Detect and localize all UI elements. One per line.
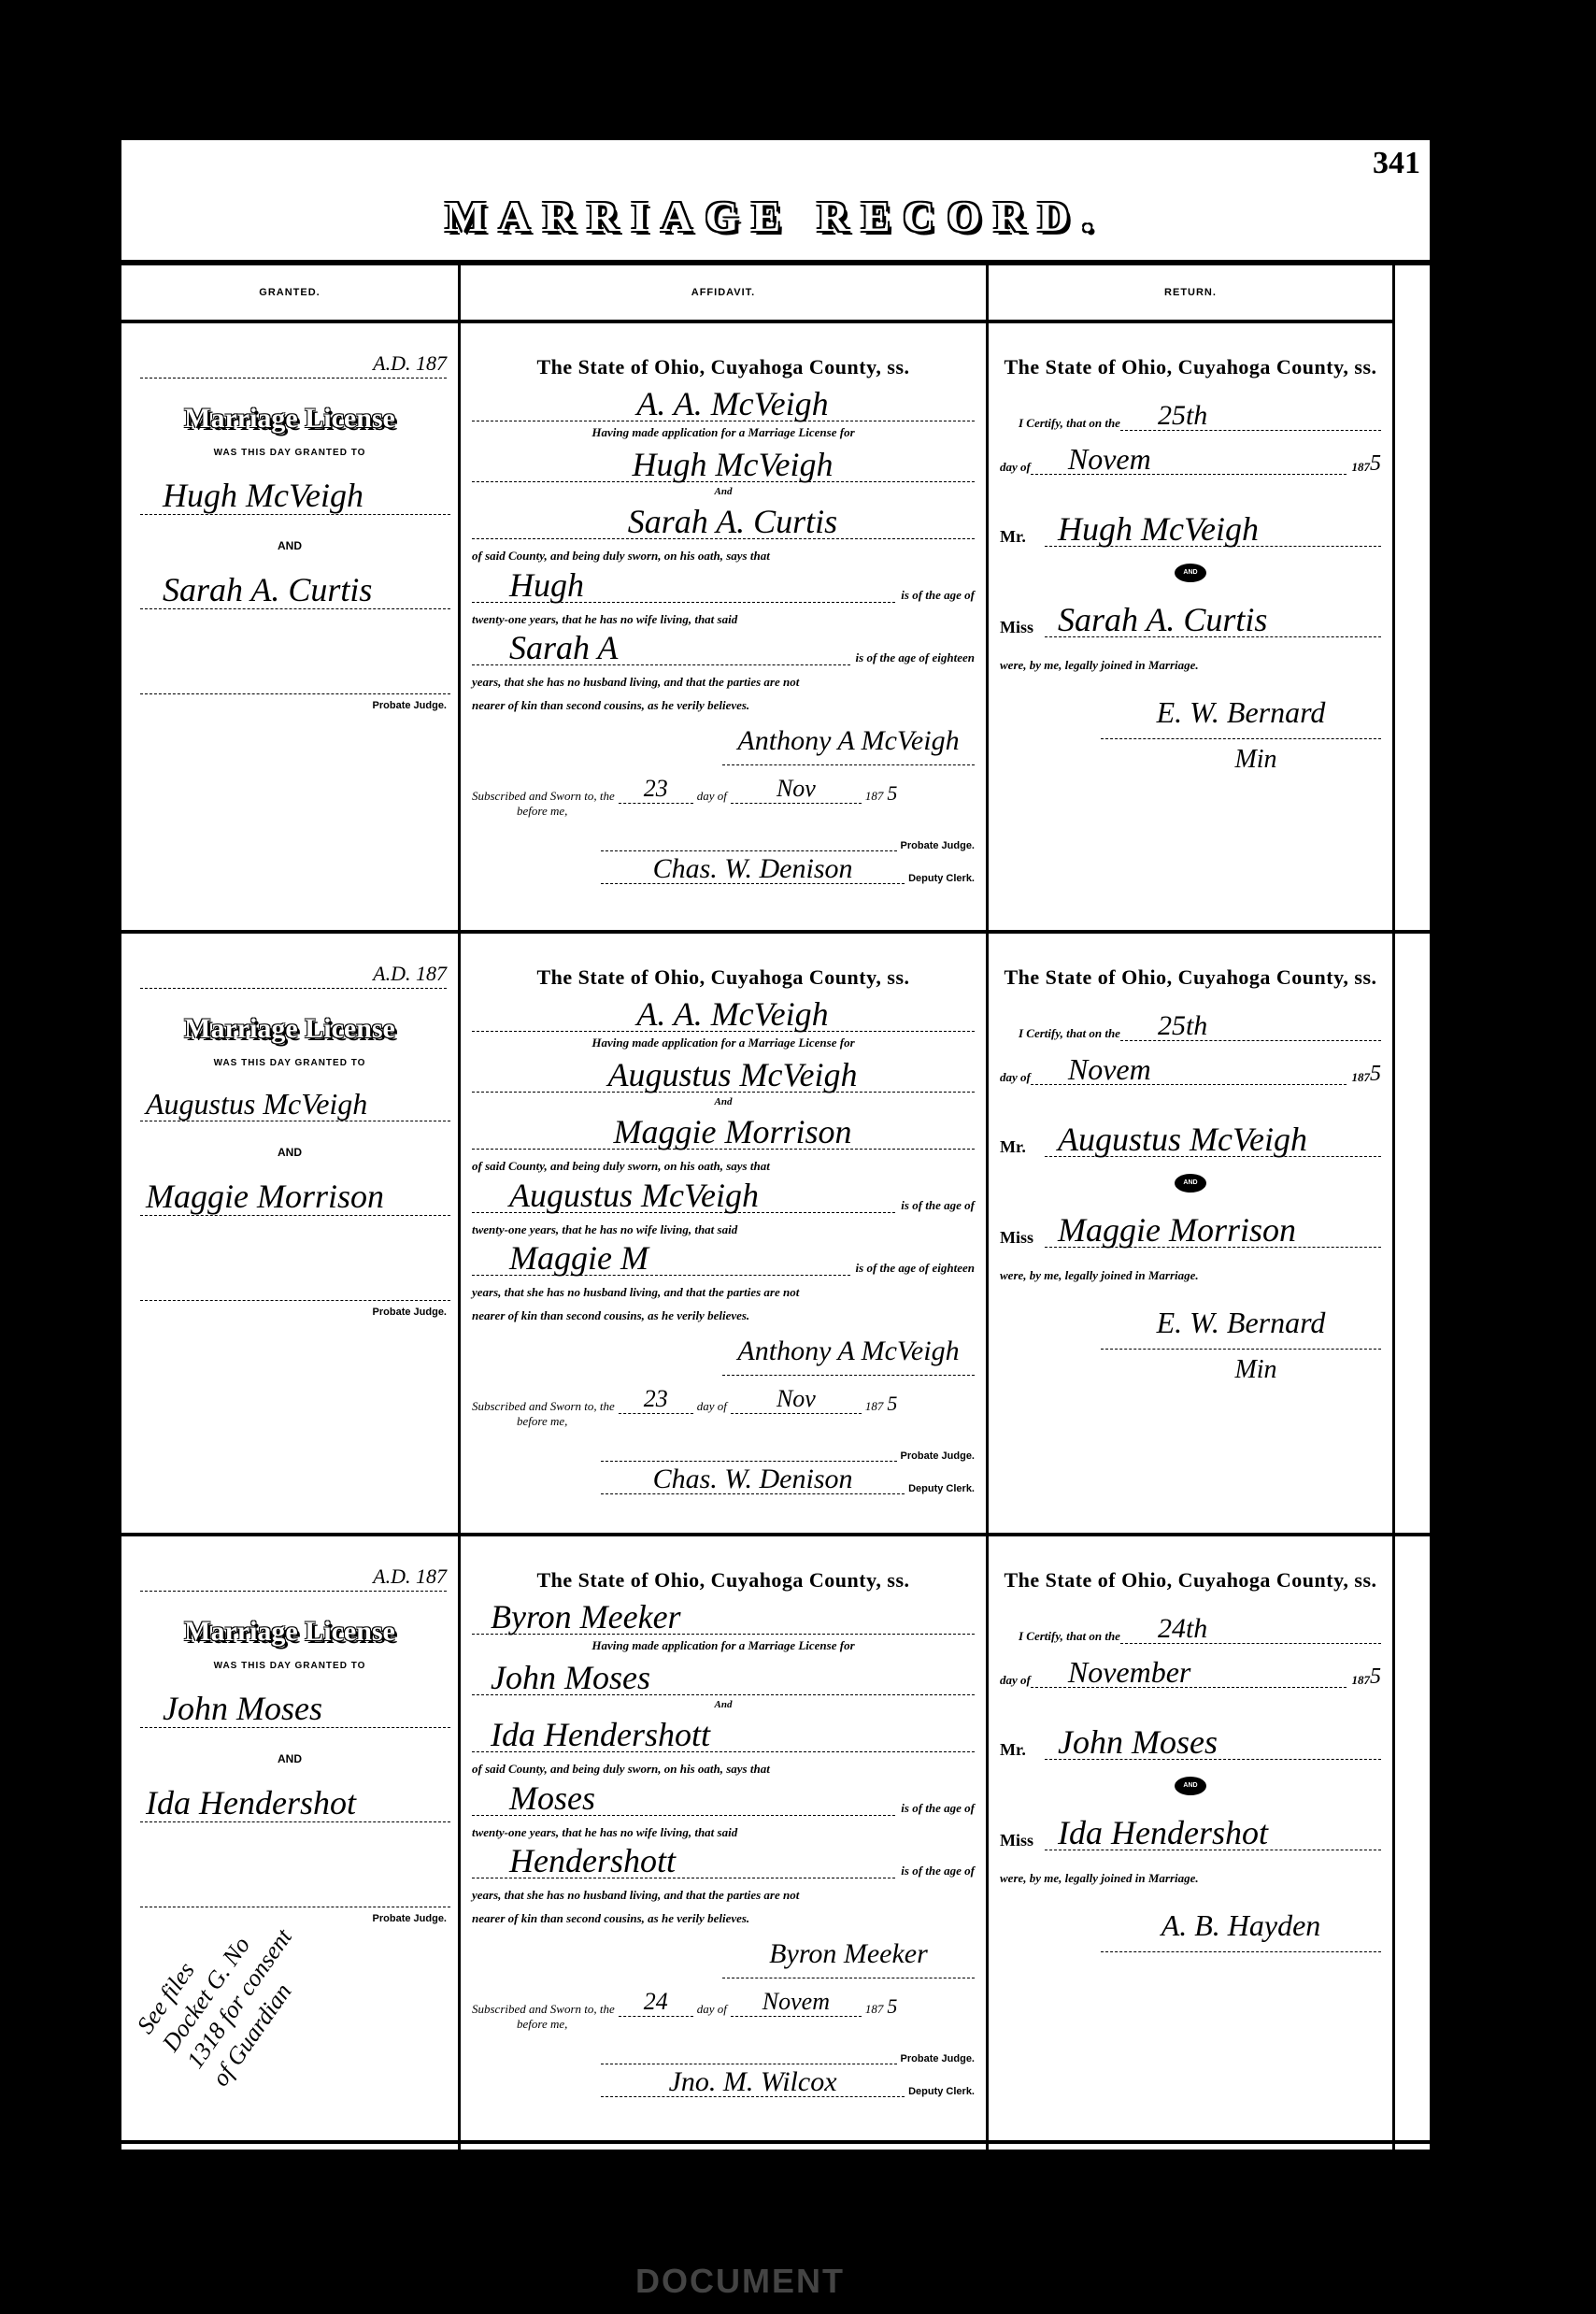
record-3-return: The State of Ohio, Cuyahoga County, ss. … (989, 1536, 1392, 2140)
sworn-day: 23 (619, 775, 693, 804)
application-text: Having made application for a Marriage L… (461, 1638, 986, 1653)
sworn-label: Subscribed and Sworn to, the (472, 789, 615, 804)
oath-text: years, that she has no husband living, a… (472, 1281, 975, 1305)
and-seal-icon: AND (1175, 1777, 1206, 1795)
miss-label: Miss (1000, 1228, 1045, 1248)
license-title: Marriage License (121, 1616, 458, 1648)
document-stamp: DOCUMENT (635, 2262, 822, 2314)
probate-judge-label: Probate Judge. (121, 1913, 447, 1924)
record-3-granted: A.D. 187 Marriage License WAS THIS DAY G… (121, 1536, 458, 2140)
probate-judge-label: Probate Judge. (897, 840, 975, 851)
certify-label: I Certify, that on the (1000, 1026, 1120, 1041)
bride-short-name: Sarah A (472, 631, 850, 665)
deputy-clerk-label: Deputy Clerk. (905, 1483, 975, 1494)
row-divider (121, 2140, 1430, 2144)
oath-text: twenty-one years, that he has no wife li… (472, 1821, 975, 1845)
groom-name: Hugh McVeigh (140, 471, 450, 515)
and-seal-icon: AND (1175, 1174, 1206, 1193)
mr-label: Mr. (1000, 527, 1045, 547)
sworn-line: Subscribed and Sworn to, the 24 day of N… (472, 1988, 975, 2017)
day-of-label: day of (697, 1399, 727, 1414)
bride-short-name: Maggie M (472, 1241, 850, 1276)
groom-short-name: Augustus McVeigh (472, 1178, 895, 1213)
state-heading: The State of Ohio, Cuyahoga County, ss. (461, 965, 986, 990)
affiant-signature: Byron Meeker (722, 1940, 975, 1978)
sworn-day: 23 (619, 1385, 693, 1414)
return-groom-name: John Moses (1045, 1725, 1381, 1760)
return-groom-name: Hugh McVeigh (1045, 512, 1381, 547)
and-seal-icon: AND (1175, 564, 1206, 582)
age-text: is of the age of (895, 588, 975, 603)
deputy-clerk-label: Deputy Clerk. (905, 873, 975, 884)
miss-label: Miss (1000, 1831, 1045, 1850)
bride-short-name: Hendershott (472, 1844, 895, 1878)
year-prefix: 187 (1347, 460, 1371, 475)
before-me-label: before me, (517, 2017, 986, 2032)
day-of-label: day of (1000, 460, 1031, 475)
groom-short-name: Moses (472, 1781, 895, 1816)
page-number: 341 (1373, 146, 1420, 181)
record-page: 341 MARRIAGE RECORD. GRANTED. AFFIDAVIT.… (121, 140, 1430, 2150)
oath-text: of said County, and being duly sworn, on… (472, 1758, 975, 1781)
year-prefix: 187 (865, 1399, 884, 1414)
sworn-month: Novem (731, 1988, 862, 2017)
year-prefix: 187 (1347, 1070, 1371, 1085)
return-bride-name: Maggie Morrison (1045, 1213, 1381, 1248)
state-heading: The State of Ohio, Cuyahoga County, ss. (461, 1568, 986, 1593)
joined-text: were, by me, legally joined in Marriage. (1000, 1268, 1381, 1283)
oath-text: years, that she has no husband living, a… (472, 671, 975, 694)
groom-name: Hugh McVeigh (472, 446, 975, 482)
mr-label: Mr. (1000, 1740, 1045, 1760)
day-of-label: day of (1000, 1070, 1031, 1085)
affiant-signature: Anthony A McVeigh (722, 1337, 975, 1376)
return-year-suffix: 5 (1370, 1063, 1381, 1085)
sworn-label: Subscribed and Sworn to, the (472, 2002, 615, 2017)
groom-name: Augustus McVeigh (140, 1081, 450, 1121)
bride-name: Ida Hendershott (472, 1716, 975, 1752)
officiant-title: Min (1119, 1357, 1392, 1383)
record-2-return: The State of Ohio, Cuyahoga County, ss. … (989, 934, 1392, 1533)
day-of-label: day of (697, 789, 727, 804)
oath-text: years, that she has no husband living, a… (472, 1884, 975, 1907)
return-day: 25th (1120, 1012, 1381, 1041)
application-text: Having made application for a Marriage L… (461, 425, 986, 440)
return-year-suffix: 5 (1370, 452, 1381, 475)
age-text: is of the age of eighteen (850, 650, 975, 665)
before-me-label: before me, (517, 804, 986, 819)
sworn-line: Subscribed and Sworn to, the 23 day of N… (472, 775, 975, 804)
oath-text: nearer of kin than second cousins, as he… (472, 694, 975, 718)
officiant-signature: E. W. Bernard (1101, 697, 1381, 739)
day-of-label: day of (1000, 1673, 1031, 1688)
record-2-granted: A.D. 187 Marriage License WAS THIS DAY G… (121, 934, 458, 1533)
oath-text: twenty-one years, that he has no wife li… (472, 608, 975, 632)
sworn-month: Nov (731, 1385, 862, 1414)
bride-name: Ida Hendershot (140, 1778, 450, 1822)
mr-label: Mr. (1000, 1137, 1045, 1157)
sworn-label: Subscribed and Sworn to, the (472, 1399, 615, 1414)
column-divider (1392, 265, 1395, 2150)
and-label: AND (121, 539, 458, 552)
ad-date-line: A.D. 187 (140, 351, 447, 379)
oath-text: nearer of kin than second cousins, as he… (472, 1305, 975, 1328)
granted-to-label: WAS THIS DAY GRANTED TO (121, 448, 458, 458)
officiant-title: Min (1119, 747, 1392, 773)
record-3-affidavit: The State of Ohio, Cuyahoga County, ss. … (461, 1536, 986, 2140)
probate-judge-signature-line (601, 1433, 897, 1462)
return-month: Novem (1031, 444, 1347, 475)
return-month: November (1031, 1657, 1347, 1688)
affiant-signature: Anthony A McVeigh (722, 727, 975, 765)
and-label: And (461, 1699, 986, 1710)
license-title: Marriage License (121, 1013, 458, 1045)
probate-judge-label: Probate Judge. (897, 1450, 975, 1462)
certify-label: I Certify, that on the (1000, 1629, 1120, 1644)
and-label: And (461, 1096, 986, 1107)
return-month: Novem (1031, 1054, 1347, 1085)
groom-name: Augustus McVeigh (472, 1056, 975, 1093)
state-heading: The State of Ohio, Cuyahoga County, ss. (461, 355, 986, 379)
oath-text: nearer of kin than second cousins, as he… (472, 1907, 975, 1931)
miss-label: Miss (1000, 618, 1045, 637)
record-1-affidavit: The State of Ohio, Cuyahoga County, ss. … (461, 323, 986, 930)
ad-date-line: A.D. 187 (140, 962, 447, 989)
column-header-return: RETURN. (989, 265, 1392, 323)
oath-text: of said County, and being duly sworn, on… (472, 545, 975, 568)
age-text: is of the age of (895, 1198, 975, 1213)
year-prefix: 187 (865, 2002, 884, 2017)
officiant-signature: E. W. Bernard (1101, 1307, 1381, 1350)
granted-to-label: WAS THIS DAY GRANTED TO (121, 1661, 458, 1671)
sworn-day: 24 (619, 1988, 693, 2017)
age-text: is of the age of eighteen (850, 1261, 975, 1276)
officiant-signature: A. B. Hayden (1101, 1910, 1381, 1952)
bride-name: Sarah A. Curtis (140, 565, 450, 609)
deputy-clerk-signature: Chas. W. Denison (601, 1465, 905, 1494)
return-year-suffix: 5 (1370, 1665, 1381, 1688)
affiant-name: A. A. McVeigh (472, 995, 975, 1032)
deputy-clerk-label: Deputy Clerk. (905, 2086, 975, 2097)
bride-name: Maggie Morrison (140, 1172, 450, 1216)
certify-label: I Certify, that on the (1000, 416, 1120, 431)
record-1-return: The State of Ohio, Cuyahoga County, ss. … (989, 323, 1392, 930)
probate-judge-label: Probate Judge. (121, 1307, 447, 1318)
and-label: AND (121, 1752, 458, 1765)
state-heading: The State of Ohio, Cuyahoga County, ss. (989, 355, 1392, 379)
joined-text: were, by me, legally joined in Marriage. (1000, 1871, 1381, 1886)
age-text: is of the age of (895, 1864, 975, 1878)
state-heading: The State of Ohio, Cuyahoga County, ss. (989, 965, 1392, 990)
before-me-label: before me, (517, 1414, 986, 1429)
ad-date-line: A.D. 187 (140, 1564, 447, 1592)
page-title: MARRIAGE RECORD. (121, 192, 1430, 241)
sworn-year-suffix: 5 (887, 1393, 897, 1414)
bride-name: Maggie Morrison (472, 1113, 975, 1150)
probate-judge-line (140, 693, 450, 694)
sworn-month: Nov (731, 775, 862, 804)
bride-name: Sarah A. Curtis (472, 503, 975, 539)
record-1-granted: A.D. 187 Marriage License WAS THIS DAY G… (121, 323, 458, 930)
probate-judge-signature-line (601, 822, 897, 851)
groom-name: John Moses (140, 1684, 450, 1728)
age-text: is of the age of (895, 1801, 975, 1816)
state-heading: The State of Ohio, Cuyahoga County, ss. (989, 1568, 1392, 1593)
record-2-affidavit: The State of Ohio, Cuyahoga County, ss. … (461, 934, 986, 1533)
sworn-year-suffix: 5 (887, 1996, 897, 2017)
oath-text: of said County, and being duly sworn, on… (472, 1155, 975, 1178)
column-header-granted: GRANTED. (121, 265, 458, 323)
probate-judge-label: Probate Judge. (121, 700, 447, 711)
probate-judge-line (140, 1300, 450, 1301)
sworn-line: Subscribed and Sworn to, the 23 day of N… (472, 1385, 975, 1414)
day-of-label: day of (697, 2002, 727, 2017)
return-groom-name: Augustus McVeigh (1045, 1122, 1381, 1157)
and-label: AND (121, 1146, 458, 1159)
return-bride-name: Sarah A. Curtis (1045, 603, 1381, 637)
return-bride-name: Ida Hendershot (1045, 1816, 1381, 1850)
column-header-affidavit: AFFIDAVIT. (461, 265, 986, 323)
probate-judge-signature-line (601, 2035, 897, 2064)
oath-text: twenty-one years, that he has no wife li… (472, 1219, 975, 1242)
sworn-year-suffix: 5 (887, 783, 897, 804)
year-prefix: 187 (865, 789, 884, 804)
groom-name: John Moses (472, 1659, 975, 1695)
probate-judge-label: Probate Judge. (897, 2053, 975, 2064)
return-day: 25th (1120, 402, 1381, 431)
granted-to-label: WAS THIS DAY GRANTED TO (121, 1058, 458, 1068)
license-title: Marriage License (121, 403, 458, 435)
application-text: Having made application for a Marriage L… (461, 1036, 986, 1050)
year-prefix: 187 (1347, 1673, 1371, 1688)
deputy-clerk-signature: Jno. M. Wilcox (601, 2068, 905, 2097)
probate-judge-line (140, 1907, 450, 1907)
deputy-clerk-signature: Chas. W. Denison (601, 855, 905, 884)
return-day: 24th (1120, 1615, 1381, 1644)
affiant-name: A. A. McVeigh (472, 385, 975, 421)
joined-text: were, by me, legally joined in Marriage. (1000, 658, 1381, 673)
groom-short-name: Hugh (472, 568, 895, 603)
affiant-name: Byron Meeker (472, 1598, 975, 1635)
and-label: And (461, 486, 986, 497)
